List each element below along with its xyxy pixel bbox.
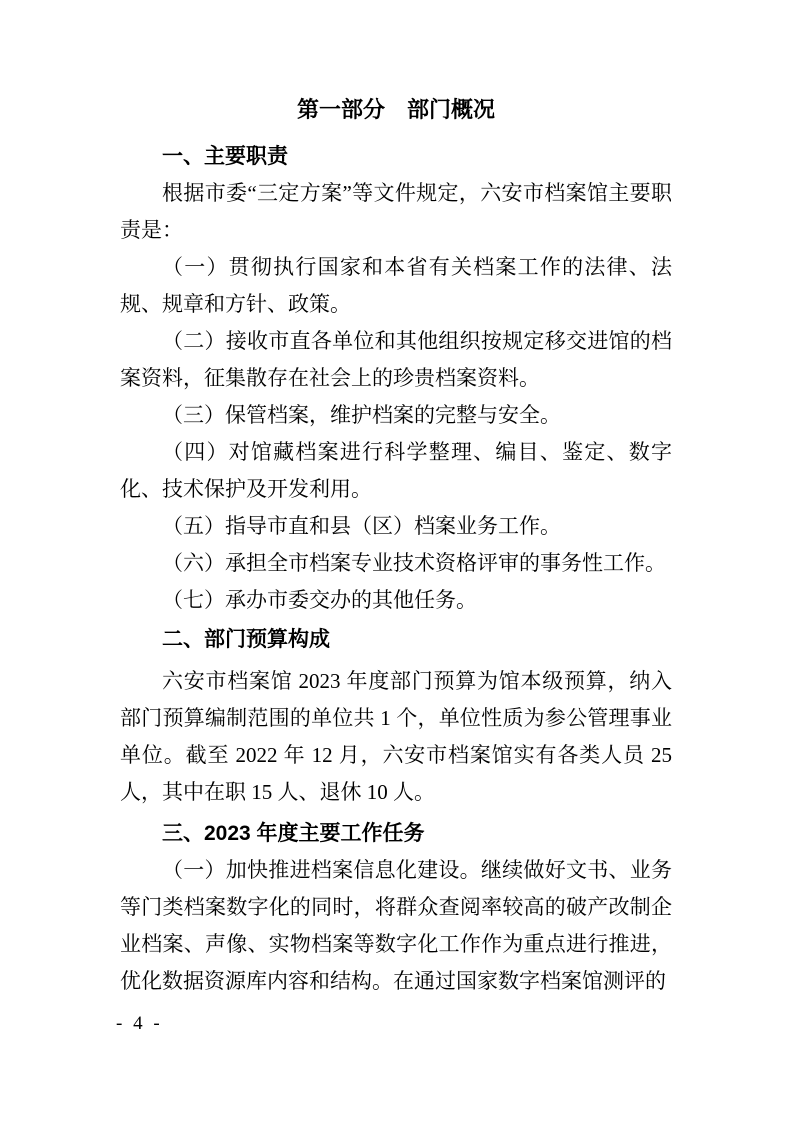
paragraph-duty-3: （三）保管档案，维护档案的完整与安全。 xyxy=(120,397,672,434)
section-budget-composition: 二、部门预算构成 六安市档案馆 2023 年度部门预算为馆本级预算，纳入部门预算… xyxy=(120,621,672,811)
paragraph-intro: 根据市委“三定方案”等文件规定，六安市档案馆主要职责是： xyxy=(120,175,672,249)
section-heading-main-duties: 一、主要职责 xyxy=(120,138,672,175)
document-page: 第一部分 部门概况 一、主要职责 根据市委“三定方案”等文件规定，六安市档案馆主… xyxy=(0,0,793,1122)
section-heading-budget-composition: 二、部门预算构成 xyxy=(120,621,672,658)
paragraph-budget-composition: 六安市档案馆 2023 年度部门预算为馆本级预算，纳入部门预算编制范围的单位共 … xyxy=(120,663,672,811)
paragraph-duty-6: （六）承担全市档案专业技术资格评审的事务性工作。 xyxy=(120,545,672,582)
page-title: 第一部分 部门概况 xyxy=(120,92,672,128)
paragraph-duty-5: （五）指导市直和县（区）档案业务工作。 xyxy=(120,508,672,545)
page-number: - 4 - xyxy=(116,1013,163,1035)
section-heading-2023-tasks: 三、2023 年度主要工作任务 xyxy=(120,815,672,852)
paragraph-duty-4: （四）对馆藏档案进行科学整理、编目、鉴定、数字化、技术保护及开发利用。 xyxy=(120,434,672,508)
section-main-duties: 一、主要职责 根据市委“三定方案”等文件规定，六安市档案馆主要职责是： （一）贯… xyxy=(120,138,672,619)
paragraph-task-1: （一）加快推进档案信息化建设。继续做好文书、业务等门类档案数字化的同时，将群众查… xyxy=(120,852,672,1000)
paragraph-duty-7: （七）承办市委交办的其他任务。 xyxy=(120,582,672,619)
paragraph-duty-1: （一）贯彻执行国家和本省有关档案工作的法律、法规、规章和方针、政策。 xyxy=(120,249,672,323)
paragraph-duty-2: （二）接收市直各单位和其他组织按规定移交进馆的档案资料，征集散存在社会上的珍贵档… xyxy=(120,323,672,397)
section-2023-tasks: 三、2023 年度主要工作任务 （一）加快推进档案信息化建设。继续做好文书、业务… xyxy=(120,815,672,1000)
